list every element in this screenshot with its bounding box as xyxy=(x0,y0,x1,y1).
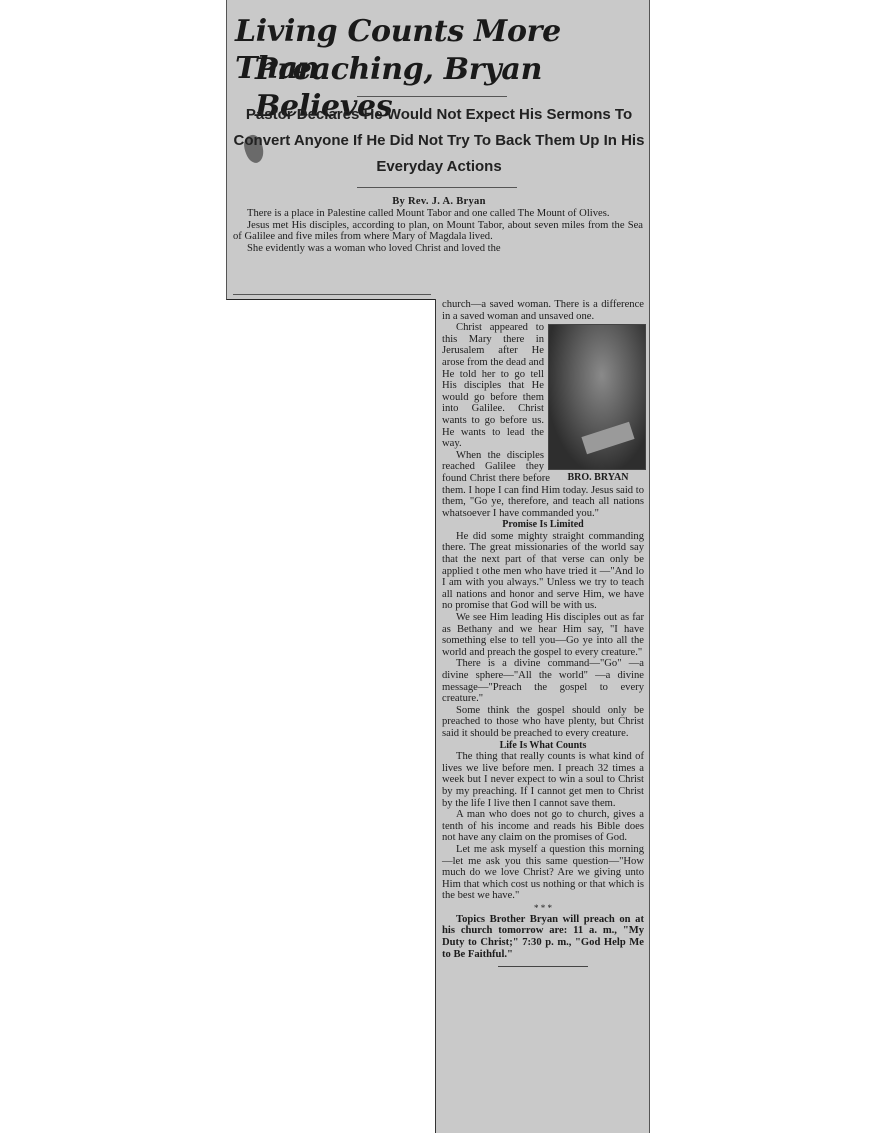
paragraph: The thing that really counts is what kin… xyxy=(442,751,644,809)
clipping-top-block: Living Counts More Than Preaching, Bryan… xyxy=(226,0,650,300)
paragraph: Jesus met His disciples, according to pl… xyxy=(233,220,643,243)
paragraph: She evidently was a woman who loved Chri… xyxy=(233,243,433,255)
paragraph: There is a divine command—"Go" —a divine… xyxy=(442,658,644,704)
paragraph: Some think the gospel should only be pre… xyxy=(442,705,644,740)
paragraph: There is a place in Palestine called Mou… xyxy=(233,208,643,220)
separator-stars: * * * xyxy=(442,902,644,914)
clipping-column: church—a saved woman. There is a differe… xyxy=(435,299,650,1133)
paragraph: He did some mighty straight commanding t… xyxy=(442,531,644,612)
byline: By Rev. J. A. Bryan xyxy=(227,196,651,207)
subhead-promise: Promise Is Limited xyxy=(442,519,644,531)
deck-subheadline: Pastor Declares He Would Not Expect His … xyxy=(233,102,645,180)
deck-rule xyxy=(357,187,517,188)
headline-rule xyxy=(357,96,507,97)
column-body-text: church—a saved woman. There is a differe… xyxy=(442,299,644,967)
photo-caption: BRO. BRYAN xyxy=(550,472,646,484)
portrait-photo xyxy=(548,324,646,470)
end-rule xyxy=(498,966,588,967)
footer-note: Topics Brother Bryan will preach on at h… xyxy=(442,914,644,960)
top-body-text: There is a place in Palestine called Mou… xyxy=(233,208,643,254)
column-break-rule xyxy=(233,294,431,295)
paragraph: Let me ask myself a question this mornin… xyxy=(442,844,644,902)
paragraph: church—a saved woman. There is a differe… xyxy=(442,299,644,322)
photo-collar xyxy=(581,422,634,455)
subhead-life: Life Is What Counts xyxy=(442,740,644,752)
paragraph: A man who does not go to church, gives a… xyxy=(442,809,644,844)
paragraph: We see Him leading His disciples out as … xyxy=(442,612,644,658)
